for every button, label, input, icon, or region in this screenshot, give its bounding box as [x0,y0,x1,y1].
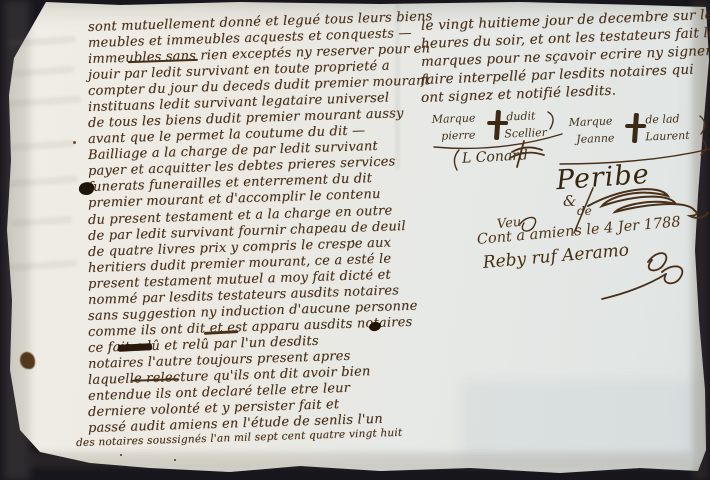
veu-swirl [520,217,536,231]
peribe-slash [574,188,593,233]
conard-bracket [454,150,459,170]
receipt-paraph [648,253,682,283]
mark1-underline [434,134,562,148]
mark2-bracket [700,116,705,134]
mark2-underline [560,149,710,164]
manuscript-scan: sont mutuellement donné et legué tous le… [0,0,710,480]
mark2-bracket [701,141,706,155]
ink-flourishes-overlay [0,0,710,480]
mark1-bracket [548,112,553,129]
receipt-tail [602,274,666,299]
peribe-paraph [588,189,708,218]
